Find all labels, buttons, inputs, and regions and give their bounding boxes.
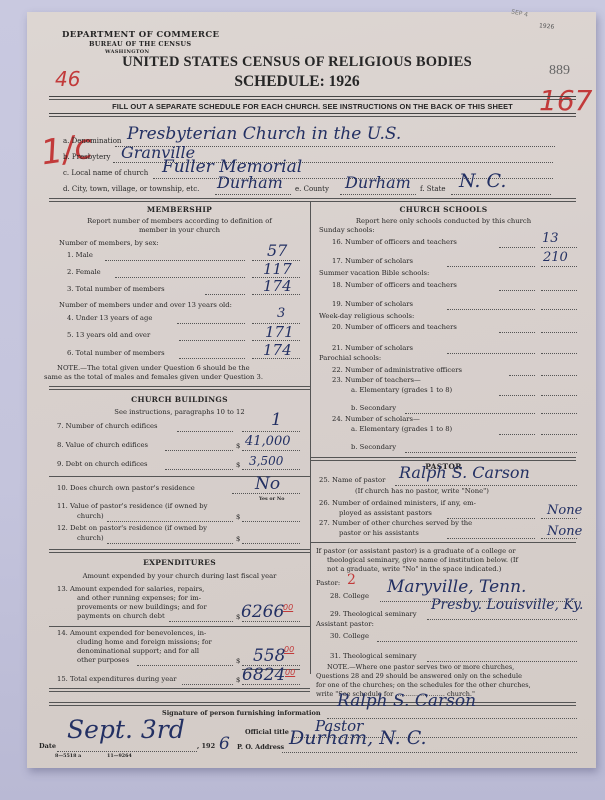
parochial-schools-label: Parochial schools: — [319, 354, 381, 362]
red-pastor-mark: 2 — [347, 572, 356, 588]
graduate-instructions-2: theological seminary, give name of insti… — [327, 556, 518, 564]
q4-under13-field[interactable]: 3 — [277, 306, 285, 321]
red-margin-annotation: 1/c — [38, 127, 95, 174]
q23-label: 23. Number of teachers— — [332, 376, 421, 384]
q6-total-field[interactable]: 174 — [263, 341, 292, 359]
q14-benevolence-field[interactable]: 558 — [253, 646, 285, 666]
q14-cents: 00 — [284, 645, 294, 654]
q28-label: 28. College — [330, 592, 369, 600]
q13-rule — [49, 626, 310, 627]
form-code: 8—5518 a — [55, 753, 81, 759]
membership-intro: Report number of members according to de… — [49, 217, 310, 225]
q13-label: 13. Amount expended for salaries, repair… — [57, 585, 204, 593]
date-field[interactable]: Sept. 3rd — [67, 715, 185, 744]
year-field[interactable]: 6 — [219, 734, 230, 754]
q22-field[interactable] — [541, 375, 577, 376]
q30-label: 30. College — [330, 632, 369, 640]
q7-label: 7. Number of church edifices — [57, 422, 158, 430]
membership-note: NOTE.—The total given under Question 6 s… — [57, 364, 250, 372]
q20-label: 20. Number of officers and teachers — [332, 323, 457, 331]
q1-male-field[interactable]: 57 — [267, 241, 287, 260]
buildings-heading: CHURCH BUILDINGS — [49, 395, 310, 404]
stamp-number: 889 — [549, 63, 570, 79]
q15-cents: 00 — [285, 668, 295, 677]
q15-label: 15. Total expenditures during year — [57, 675, 177, 683]
q14-label: 14. Amount expended for benevolences, in… — [57, 629, 206, 637]
q16-officers-field[interactable]: 13 — [542, 231, 559, 246]
expenditures-intro: Amount expended by your church during la… — [49, 572, 310, 580]
q27-label: 27. Number of other churches served by t… — [319, 519, 472, 527]
q3-total-field[interactable]: 174 — [263, 277, 292, 295]
date-label: Date — [39, 742, 56, 750]
q27-label-2: pastor or his assistants — [339, 529, 419, 537]
county-label: e. County — [295, 185, 329, 193]
q29-seminary-field[interactable]: Presby. Louisville, Ky. — [431, 597, 584, 613]
form-code-2: 11—9264 — [107, 753, 132, 759]
schools-heading: CHURCH SCHOOLS — [311, 205, 576, 214]
expenditure-bottom-rule — [49, 688, 310, 692]
q23a-label: a. Elementary (grades 1 to 8) — [351, 386, 452, 394]
weekday-schools-label: Week-day religious schools: — [319, 312, 414, 320]
q28-college-field[interactable]: Maryville, Tenn. — [387, 577, 526, 597]
q25-label: 25. Name of pastor — [319, 476, 385, 484]
q24-label: 24. Number of scholars— — [332, 415, 420, 423]
assistant-pastor-subheading: Assistant pastor: — [316, 620, 374, 628]
schools-rule — [311, 457, 576, 461]
q4-label: 4. Under 13 years of age — [67, 314, 152, 322]
q31-label: 31. Theological seminary — [330, 652, 417, 660]
q20-field[interactable] — [541, 332, 577, 333]
sunday-schools-label: Sunday schools: — [319, 226, 375, 234]
denomination-field[interactable]: Presbyterian Church in the U.S. — [127, 124, 401, 144]
q14-label-3: denominational support; and for all — [77, 647, 199, 655]
pastor-note-3: for one of the churches; on the schedule… — [316, 681, 531, 689]
q2-female-field[interactable]: 117 — [263, 260, 292, 278]
q26-assistants-field[interactable]: None — [547, 503, 582, 518]
q11-currency: $ — [236, 513, 240, 521]
department-name: DEPARTMENT OF COMMERCE — [62, 30, 219, 40]
q11-value-field[interactable] — [242, 521, 300, 522]
year-prefix: , 192 — [197, 742, 215, 750]
membership-note-2: same as the total of males and females g… — [44, 373, 263, 381]
q17-scholars-field[interactable]: 210 — [543, 250, 568, 265]
county-field[interactable]: Durham — [345, 173, 411, 192]
pastor-note: NOTE.—Where one pastor serves two or mor… — [327, 663, 514, 671]
q24a-field[interactable] — [541, 434, 577, 435]
q10-residence-field[interactable]: No — [255, 474, 280, 494]
presbytery-label: b. Presbytery — [63, 153, 110, 161]
expenditures-heading: EXPENDITURES — [49, 558, 310, 567]
received-year: 1926 — [539, 22, 555, 31]
received-stamp: SEP 4 — [510, 8, 528, 18]
q2-label: 2. Female — [67, 268, 101, 276]
q29-label: 29. Theological seminary — [330, 610, 417, 618]
q9-currency: $ — [236, 461, 240, 469]
members-by-age-label: Number of members under and over 13 year… — [59, 301, 232, 309]
q23b-label: b. Secondary — [351, 404, 396, 412]
membership-intro-2: member in your church — [49, 226, 310, 234]
form-title: UNITED STATES CENSUS OF RELIGIOUS BODIES — [87, 54, 507, 71]
q12-label-2: church) — [77, 534, 104, 542]
q11-label-2: church) — [77, 512, 104, 520]
q24a-label: a. Elementary (grades 1 to 8) — [351, 425, 452, 433]
q13-label-4: payments on church debt — [77, 612, 165, 620]
q25-pastor-name-field[interactable]: Ralph S. Carson — [399, 463, 530, 482]
q11-label: 11. Value of pastor's residence (if owne… — [57, 502, 207, 510]
instruction-banner: FILL OUT A SEPARATE SCHEDULE FOR EACH CH… — [49, 102, 576, 111]
po-address-label: P. O. Address — [237, 743, 284, 751]
summer-schools-label: Summer vacation Bible schools: — [319, 269, 429, 277]
denomination-label: a. Denomination — [63, 137, 121, 145]
city-field[interactable]: Durham — [217, 173, 283, 192]
signature-field[interactable]: Ralph S. Carson — [337, 691, 476, 711]
q31-field[interactable] — [427, 661, 577, 662]
state-label: f. State — [420, 185, 446, 193]
q6-label: 6. Total number of members — [67, 349, 165, 357]
pastor-subheading: Pastor: — [316, 579, 340, 587]
q7-edifices-field[interactable]: 1 — [271, 410, 282, 430]
q23b-field[interactable] — [541, 413, 577, 414]
q13-cents: 00 — [283, 603, 293, 612]
section-rule — [49, 198, 576, 202]
q10-label: 10. Does church own pastor's residence — [57, 484, 195, 492]
q8-label: 8. Value of church edifices — [57, 441, 148, 449]
q16-label: 16. Number of officers and teachers — [332, 238, 457, 246]
q5-label: 5. 13 years old and over — [67, 331, 150, 339]
pastor-note-2: Questions 28 and 29 should be answered o… — [316, 672, 522, 680]
instruction-rule — [49, 113, 576, 117]
red-annotation-top-left: 46 — [55, 67, 80, 91]
po-address-field[interactable]: Durham, N. C. — [289, 727, 427, 749]
q5-over13-field[interactable]: 171 — [265, 323, 294, 341]
q13-label-2: and other running expenses; for im- — [77, 594, 201, 602]
q15-total-field[interactable]: 6824 — [242, 665, 285, 685]
census-schedule-form: DEPARTMENT OF COMMERCE BUREAU OF THE CEN… — [27, 12, 596, 768]
signature-label: Signature of person furnishing informati… — [162, 709, 321, 717]
graduate-instructions: If pastor (or assistant pastor) is a gra… — [316, 547, 516, 555]
q15-currency: $ — [236, 676, 240, 684]
q25-hint: (If church has no pastor, write "None") — [355, 487, 489, 495]
state-field[interactable]: N. C. — [459, 170, 506, 192]
q30-field[interactable] — [377, 641, 577, 642]
q18-label: 18. Number of officers and teachers — [332, 281, 457, 289]
q17-label: 17. Number of scholars — [332, 257, 413, 265]
q23a-field[interactable] — [541, 395, 577, 396]
form-schedule: SCHEDULE: 1926 — [87, 73, 507, 91]
column-divider — [310, 201, 311, 674]
membership-heading: MEMBERSHIP — [49, 205, 310, 214]
q10-hint: Yes or No — [259, 496, 284, 502]
footer-rule — [49, 702, 576, 706]
q8-value-field[interactable]: 41,000 — [245, 434, 291, 449]
q18-field[interactable] — [541, 290, 577, 291]
members-by-sex-label: Number of members, by sex: — [59, 239, 159, 247]
q26-label-2: ployed as assistant pastors — [339, 509, 432, 517]
q3-label: 3. Total number of members — [67, 285, 165, 293]
q9-debt-field[interactable]: 3,500 — [249, 454, 283, 468]
bureau-name: BUREAU OF THE CENSUS — [89, 40, 191, 48]
q21-field[interactable] — [541, 353, 577, 354]
q12-value-field[interactable] — [242, 543, 300, 544]
buildings-rule — [49, 549, 310, 553]
q8-currency: $ — [236, 442, 240, 450]
q24b-field[interactable] — [405, 452, 577, 453]
q9-label: 9. Debt on church edifices — [57, 460, 148, 468]
pastor-rule — [311, 542, 576, 543]
q19-field[interactable] — [541, 309, 577, 310]
q26-label: 26. Number of ordained ministers, if any… — [319, 499, 476, 507]
q14-label-2: cluding home and foreign missions; for — [77, 638, 212, 646]
q1-label: 1. Male — [67, 251, 93, 259]
q24b-label: b. Secondary — [351, 443, 396, 451]
q19-label: 19. Number of scholars — [332, 300, 413, 308]
local-name-label: c. Local name of church — [63, 169, 148, 177]
city-label: d. City, town, village, or township, etc… — [63, 185, 199, 193]
q13-running-field[interactable]: 6266 — [241, 602, 284, 622]
q14-currency: $ — [236, 657, 240, 665]
q13-currency: $ — [236, 613, 240, 621]
q21-label: 21. Number of scholars — [332, 344, 413, 352]
q13-label-3: provements or new buildings; and for — [77, 603, 207, 611]
q12-currency: $ — [236, 535, 240, 543]
membership-rule — [49, 386, 310, 390]
schools-intro: Report here only schools conducted by th… — [311, 217, 576, 225]
q22-label: 22. Number of administrative officers — [332, 366, 462, 374]
header-rule — [49, 96, 576, 100]
official-title-label: Official title — [245, 728, 289, 736]
q12-label: 12. Debt on pastor's residence (if owned… — [57, 524, 207, 532]
q27-other-churches-field[interactable]: None — [547, 524, 582, 539]
q14-label-4: other purposes — [77, 656, 129, 664]
